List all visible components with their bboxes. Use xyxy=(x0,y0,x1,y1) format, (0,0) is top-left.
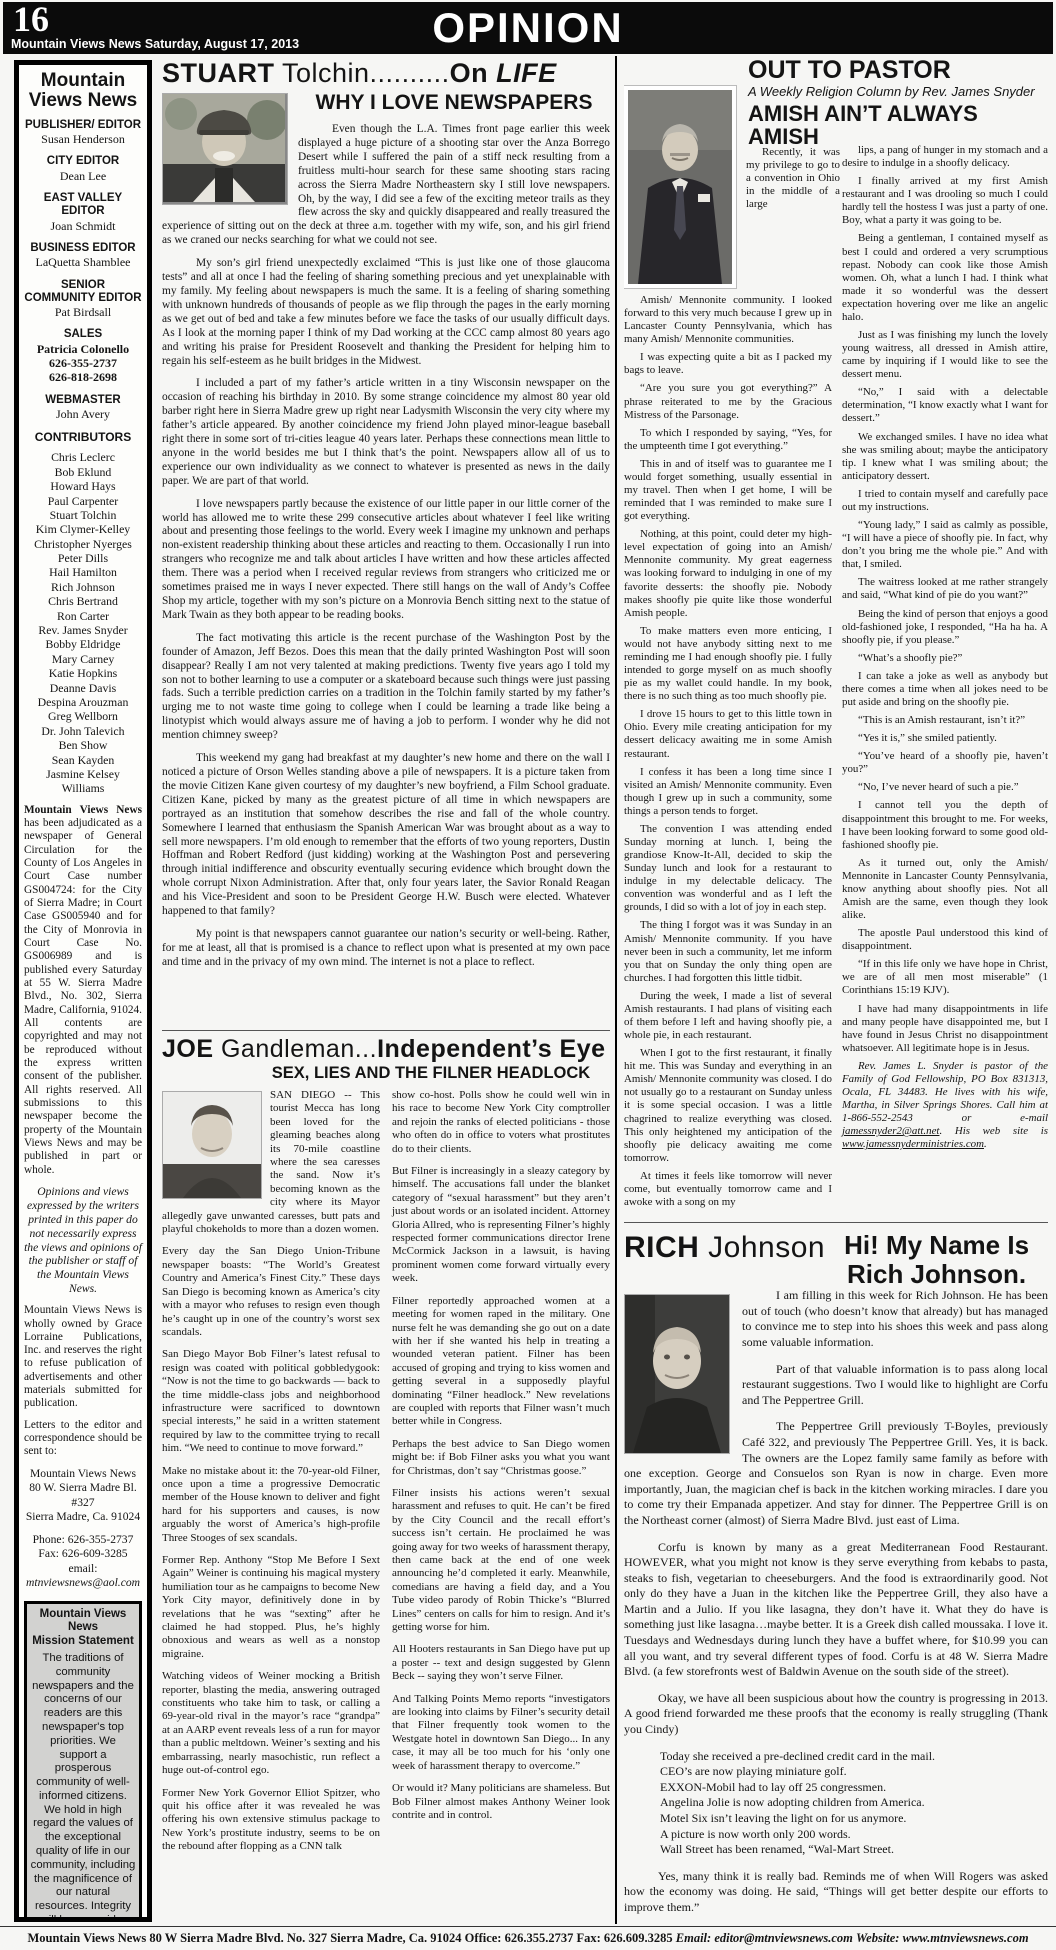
article-paragraph: I can take a joke as well as anybody but… xyxy=(842,670,1048,709)
pastor-col2-body: lips, a pang of hunger in my stomach and… xyxy=(842,144,1048,1055)
role-names: Joan Schmidt xyxy=(24,219,142,233)
kicker-life: LIFE xyxy=(496,58,557,88)
kicker-bold: STUART xyxy=(162,58,275,88)
article-paragraph: My point is that newspapers cannot guara… xyxy=(162,928,610,970)
legal-rest: has been adjudicated as a newspaper of G… xyxy=(24,817,142,1176)
mission-title-line2: Mission Statement xyxy=(30,1635,136,1649)
contributor-name: Peter Dills xyxy=(24,551,142,565)
role-names: Susan Henderson xyxy=(24,132,142,146)
masthead-sidebar: Mountain Views News PUBLISHER/ EDITOR Su… xyxy=(14,60,152,1922)
contributor-name: Paul Carpenter xyxy=(24,494,142,508)
article-paragraph: We exchanged smiles. I have no idea what… xyxy=(842,431,1048,483)
gandleman-col-1: SAN DIEGO -- This tourist Mecca has long… xyxy=(162,1089,380,1863)
article-paragraph: The thing I forgot was it was Sunday in … xyxy=(624,919,832,984)
masthead-role: PUBLISHER/ EDITOR Susan Henderson xyxy=(24,119,142,147)
rich-kicker: RICH Johnson xyxy=(624,1231,825,1265)
fax-number: Fax: 626-609-3285 xyxy=(24,1547,142,1561)
rich-header: RICH Johnson Hi! My Name Is Rich Johnson… xyxy=(624,1231,1048,1288)
contributor-name: Despina Arouzman xyxy=(24,695,142,709)
article-paragraph: I finally arrived at my first Amish rest… xyxy=(842,175,1048,227)
contributor-name: Rich Johnson xyxy=(24,580,142,594)
rich-headline: Hi! My Name Is Rich Johnson. xyxy=(825,1231,1048,1288)
article-paragraph: Or would it? Many politicians are shamel… xyxy=(392,1782,610,1822)
pastor-title: OUT TO PASTOR xyxy=(748,58,1048,83)
footer-email[interactable]: editor@mtnviewsnews.com xyxy=(714,1931,853,1945)
masthead-role: CITY EDITOR Dean Lee xyxy=(24,155,142,183)
footer-website-label: Website: xyxy=(856,1931,900,1945)
article-paragraph: During the week, I made a list of severa… xyxy=(624,990,832,1042)
economy-proof-item: Angelina Jolie is now adopting children … xyxy=(660,1795,1048,1811)
rich-body-bottom: Yes, many think it is really bad. Remind… xyxy=(624,1869,1048,1922)
article-paragraph: “This is an Amish restaurant, isn’t it?” xyxy=(842,714,1048,727)
role-name: LaQuetta Shamblee xyxy=(24,255,142,269)
article-paragraph: Every day the San Diego Union-Tribune ne… xyxy=(162,1245,380,1339)
role-names: John Avery xyxy=(24,407,142,421)
article-rich-johnson: RICH Johnson Hi! My Name Is Rich Johnson… xyxy=(624,1222,1048,1922)
legal-lead: Mountain Views News xyxy=(24,804,142,816)
article-paragraph: This weekend my gang had breakfast at my… xyxy=(162,752,610,919)
article-paragraph: I have had many disappointments in life … xyxy=(842,1003,1048,1055)
article-paragraph: And Talking Points Memo reports “investi… xyxy=(392,1693,610,1773)
article-paragraph: “If in this life only we have hope in Ch… xyxy=(842,958,1048,997)
economy-proof-item: A picture is now worth only 200 words. xyxy=(660,1827,1048,1843)
article-paragraph: The apostle Paul understood this kind of… xyxy=(842,927,1048,953)
article-paragraph: This in and of itself was to guarantee m… xyxy=(624,458,832,523)
article-paragraph: “No,” I said with a delectable determina… xyxy=(842,386,1048,425)
rich-headline-line2: Rich Johnson. xyxy=(825,1260,1048,1289)
article-paragraph: The waitress looked at me rather strange… xyxy=(842,576,1048,602)
masthead-role: EAST VALLEY EDITOR Joan Schmidt xyxy=(24,192,142,233)
article-paragraph: I cannot tell you the depth of disappoin… xyxy=(842,799,1048,851)
legal-text: Mountain Views News has been adjudicated… xyxy=(24,804,142,1177)
ownership-note: Mountain Views News is wholly owned by G… xyxy=(24,1304,142,1411)
footer-address: Mountain Views News 80 W Sierra Madre Bl… xyxy=(27,1931,672,1945)
column-divider xyxy=(615,56,617,1924)
portrait-illustration xyxy=(625,1295,729,1453)
role-title: SALES xyxy=(24,328,142,341)
article-paragraph: Make no mistake about it: the 70-year-ol… xyxy=(162,1465,380,1545)
masthead-role: BUSINESS EDITOR LaQuetta Shamblee xyxy=(24,242,142,270)
mission-body: The traditions of community newspapers a… xyxy=(30,1652,136,1922)
kicker-mid: Gandleman... xyxy=(214,1035,378,1063)
contributor-name: Jasmine Kelsey Williams xyxy=(24,767,142,796)
article-paragraph: I confess it has been a long time since … xyxy=(624,766,832,818)
article-paragraph: To which I responded by saying, “Yes, fo… xyxy=(624,427,832,453)
portrait-illustration xyxy=(628,90,732,284)
kicker-bold: JOE xyxy=(162,1035,214,1063)
article-paragraph: I love newspapers partly because the exi… xyxy=(162,498,610,623)
role-title: CITY EDITOR xyxy=(24,155,142,168)
contributor-name: Chris Bertrand xyxy=(24,594,142,608)
article-paragraph: I tried to contain myself and carefully … xyxy=(842,488,1048,514)
tolchin-kicker: STUART Tolchin..........On LIFE xyxy=(162,58,610,89)
contributor-name: Howard Hays xyxy=(24,479,142,493)
article-paragraph: But Filner is increasingly in a sleazy c… xyxy=(392,1165,610,1286)
article-paragraph: Corfu is known by many as a great Medite… xyxy=(624,1540,1048,1680)
article-paragraph: lips, a pang of hunger in my stomach and… xyxy=(842,144,1048,170)
article-paragraph: show co-host. Polls show he could well w… xyxy=(392,1089,610,1156)
article-paragraph: I was expecting quite a bit as I packed … xyxy=(624,351,832,377)
article-tolchin: STUART Tolchin..........On LIFE WHY I LO… xyxy=(162,58,610,1032)
contributors-list: Chris LeclercBob EklundHoward HaysPaul C… xyxy=(24,450,142,795)
role-title: SENIOR COMMUNITY EDITOR xyxy=(24,279,142,305)
masthead-role: WEBMASTER John Avery xyxy=(24,394,142,422)
opinions-note: Opinions and views expressed by the writ… xyxy=(24,1185,142,1296)
article-paragraph: Being a gentleman, I contained myself as… xyxy=(842,232,1048,324)
letters-note: Letters to the editor and correspondence… xyxy=(24,1419,142,1459)
pastor-col-1: Amish/ Mennonite community. I looked for… xyxy=(624,294,832,1214)
article-paragraph: “No, I’ve never heard of such a pie.” xyxy=(842,781,1048,794)
masthead-role-sales: SALES Patricia Colonello626-355-2737626-… xyxy=(24,328,142,384)
bio-text: Rev. James L. Snyder is pastor of the Fa… xyxy=(842,1060,1048,1124)
article-paragraph: “Young lady,” I said as calmly as possib… xyxy=(842,519,1048,571)
role-name: 626-818-2698 xyxy=(24,370,142,384)
contributor-name: Rev. James Snyder xyxy=(24,623,142,637)
mission-statement-box: Mountain Views News Mission Statement Th… xyxy=(24,1601,142,1922)
mission-title-line1: Mountain Views News xyxy=(30,1608,136,1636)
tolchin-body: Even though the L.A. Times front page ea… xyxy=(162,123,610,970)
article-paragraph: My son’s girl friend unexpectedly exclai… xyxy=(162,257,610,368)
article-pastor: OUT TO PASTOR A Weekly Religion Column b… xyxy=(624,58,1048,1216)
masthead-role: SENIOR COMMUNITY EDITOR Pat Birdsall xyxy=(24,279,142,320)
contributor-name: Stuart Tolchin xyxy=(24,508,142,522)
contributor-name: Bobby Eldridge xyxy=(24,637,142,651)
gandleman-headline: SEX, LIES AND THE FILNER HEADLOCK xyxy=(252,1064,610,1083)
pastor-col-2: lips, a pang of hunger in my stomach and… xyxy=(842,144,1048,1156)
article-paragraph: Watching videos of Weiner mocking a Brit… xyxy=(162,1670,380,1777)
article-paragraph: “What’s a shoofly pie?” xyxy=(842,652,1048,665)
article-paragraph: “You’ve heard of a shoofly pie, haven’t … xyxy=(842,750,1048,776)
article-paragraph: I included a part of my father’s article… xyxy=(162,377,610,488)
pastor-titleblock: OUT TO PASTOR A Weekly Religion Column b… xyxy=(748,58,1048,148)
bio-website-link[interactable]: www.jamessnyderministries.com xyxy=(842,1138,984,1150)
role-name: Pat Birdsall xyxy=(24,305,142,319)
address-line: Sierra Madre, Ca. 91024 xyxy=(24,1510,142,1524)
article-paragraph: Filner reportedly approached women at a … xyxy=(392,1295,610,1429)
contributor-name: Greg Wellborn xyxy=(24,709,142,723)
portrait-illustration xyxy=(163,94,285,202)
date-line: Mountain Views News Saturday, August 17,… xyxy=(11,37,299,51)
role-title: EAST VALLEY EDITOR xyxy=(24,192,142,218)
newspaper-opinion-page: { "header": { "page_number": "16", "date… xyxy=(0,0,1056,1950)
role-name: Joan Schmidt xyxy=(24,219,142,233)
article-paragraph: The fact motivating this article is the … xyxy=(162,632,610,743)
gandleman-columns: SAN DIEGO -- This tourist Mecca has long… xyxy=(162,1089,610,1863)
contributor-name: Ben Show xyxy=(24,738,142,752)
article-paragraph: Filner insists his actions weren’t sexua… xyxy=(392,1487,610,1634)
kicker-on: On xyxy=(450,58,497,88)
article-paragraph: Perhaps the best advice to San Diego wom… xyxy=(392,1438,610,1478)
role-title: WEBMASTER xyxy=(24,394,142,407)
article-paragraph: To make matters even more enticing, I wo… xyxy=(624,625,832,703)
joe-gandleman-photo xyxy=(162,1091,262,1199)
gandleman-col2-body: show co-host. Polls show he could well w… xyxy=(392,1089,610,1822)
contact-block: Phone: 626-355-2737 Fax: 626-609-3285 em… xyxy=(24,1533,142,1591)
contributor-name: Bob Eklund xyxy=(24,465,142,479)
bio-email-link[interactable]: jamessnyder2@att.net xyxy=(842,1125,939,1137)
rich-johnson-photo xyxy=(624,1294,730,1454)
pastor-bio: Rev. James L. Snyder is pastor of the Fa… xyxy=(842,1060,1048,1152)
mission-title: Mountain Views News Mission Statement xyxy=(30,1608,136,1649)
portrait-illustration xyxy=(163,1092,261,1198)
pastor-intro: Recently, it was my privilege to go to a… xyxy=(746,146,840,211)
bio-text: . His web site is xyxy=(939,1125,1048,1137)
role-names: Pat Birdsall xyxy=(24,305,142,319)
kicker-tail: Independent’s Eye xyxy=(377,1035,605,1063)
contributor-name: Mary Carney xyxy=(24,652,142,666)
article-paragraph: The convention I was attending ended Sun… xyxy=(624,823,832,915)
rich-headline-line1: Hi! My Name Is xyxy=(825,1231,1048,1260)
contributor-name: Christopher Nyerges xyxy=(24,537,142,551)
article-paragraph: Former Rep. Anthony “Stop Me Before I Se… xyxy=(162,1554,380,1661)
footer-email-label: Email: xyxy=(676,1931,711,1945)
kicker-mid: Tolchin.......... xyxy=(275,58,450,88)
economy-proof-list: Today she received a pre-declined credit… xyxy=(624,1749,1048,1858)
economy-proof-item: Today she received a pre-declined credit… xyxy=(660,1749,1048,1765)
contributor-name: Deanne Davis xyxy=(24,681,142,695)
article-paragraph: Just as I was finishing my lunch the lov… xyxy=(842,329,1048,381)
article-paragraph: Yes, many think it is really bad. Remind… xyxy=(624,1869,1048,1916)
contributor-name: Hail Hamilton xyxy=(24,565,142,579)
contributor-name: Katie Hopkins xyxy=(24,666,142,680)
article-paragraph: When I got to the first restaurant, it f… xyxy=(624,1047,832,1165)
article-paragraph: Okay, we have all been suspicious about … xyxy=(624,1691,1048,1738)
article-paragraph: Former New York Governor Elliot Spitzer,… xyxy=(162,1787,380,1854)
gandleman-kicker: JOE Gandleman...Independent’s Eye xyxy=(162,1035,610,1064)
article-paragraph: As it turned out, only the Amish/ Mennon… xyxy=(842,857,1048,922)
james-snyder-photo xyxy=(624,86,736,288)
gandleman-col1-body: SAN DIEGO -- This tourist Mecca has long… xyxy=(162,1089,380,1854)
footer-website[interactable]: www.mtnviewsnews.com xyxy=(903,1931,1029,1945)
article-paragraph: “Are you sure you got everything?” A phr… xyxy=(624,382,832,421)
economy-proof-item: EXXON-Mobil had to lay off 25 congressme… xyxy=(660,1780,1048,1796)
article-paragraph: All Hooters restaurants in San Diego hav… xyxy=(392,1643,610,1683)
role-name: John Avery xyxy=(24,407,142,421)
contributor-name: Kim Clymer-Kelley xyxy=(24,522,142,536)
role-names: Dean Lee xyxy=(24,169,142,183)
address-line: 80 W. Sierra Madre Bl. #327 xyxy=(24,1481,142,1510)
contributor-name: Sean Kayden xyxy=(24,753,142,767)
article-paragraph: I drove 15 hours to get to this little t… xyxy=(624,708,832,760)
economy-proof-item: Motel Six isn’t leaving the light on for… xyxy=(660,1811,1048,1827)
role-title: PUBLISHER/ EDITOR xyxy=(24,119,142,132)
contributor-name: Dr. John Talevich xyxy=(24,724,142,738)
email-address[interactable]: mtnviewsnews@aol.com xyxy=(24,1576,142,1590)
pastor-headline: AMISH AIN’T ALWAYS AMISH xyxy=(748,102,1048,148)
tolchin-headline: WHY I LOVE NEWSPAPERS xyxy=(294,91,610,115)
address-line: Mountain Views News xyxy=(24,1467,142,1481)
article-paragraph: At times it feels like tomorrow will nev… xyxy=(624,1170,832,1209)
role-name: 626-355-2737 xyxy=(24,356,142,370)
role-name: Susan Henderson xyxy=(24,132,142,146)
role-names: LaQuetta Shamblee xyxy=(24,255,142,269)
page-footer: Mountain Views News 80 W Sierra Madre Bl… xyxy=(0,1926,1056,1950)
article-paragraph: Amish/ Mennonite community. I looked for… xyxy=(624,294,832,346)
article-paragraph: San Diego Mayor Bob Filner’s latest refu… xyxy=(162,1348,380,1455)
phone-number: Phone: 626-355-2737 xyxy=(24,1533,142,1547)
contributors-title: CONTRIBUTORS xyxy=(24,430,142,444)
pastor-subtitle: A Weekly Religion Column by Rev. James S… xyxy=(748,85,1048,100)
contributor-name: Chris Leclerc xyxy=(24,450,142,464)
role-name: Patricia Colonello xyxy=(24,342,142,356)
economy-proof-item: Wall Street has been renamed, “Wal-Mart … xyxy=(660,1842,1048,1858)
mailing-address: Mountain Views News80 W. Sierra Madre Bl… xyxy=(24,1467,142,1525)
bio-text: . xyxy=(984,1138,987,1150)
role-names: Patricia Colonello626-355-2737626-818-26… xyxy=(24,342,142,385)
article-paragraph: “Yes it is,” she smiled patiently. xyxy=(842,732,1048,745)
masthead-title: Mountain Views News xyxy=(24,71,142,111)
page-header: 16 OPINION Mountain Views News Saturday,… xyxy=(3,2,1053,54)
role-title: BUSINESS EDITOR xyxy=(24,242,142,255)
article-gandleman: JOE Gandleman...Independent’s Eye SEX, L… xyxy=(162,1030,610,1926)
kicker-bold: RICH xyxy=(624,1231,699,1264)
kicker-mid: Johnson xyxy=(699,1231,825,1264)
article-paragraph: Being the kind of person that enjoys a g… xyxy=(842,608,1048,647)
stuart-tolchin-photo xyxy=(162,93,288,205)
email-label: email: xyxy=(24,1562,142,1576)
economy-proof-item: CEO’s are now playing miniature golf. xyxy=(660,1764,1048,1780)
article-paragraph: Nothing, at this point, could deter my h… xyxy=(624,528,832,620)
role-name: Dean Lee xyxy=(24,169,142,183)
contributor-name: Ron Carter xyxy=(24,609,142,623)
gandleman-col-2: show co-host. Polls show he could well w… xyxy=(392,1089,610,1863)
